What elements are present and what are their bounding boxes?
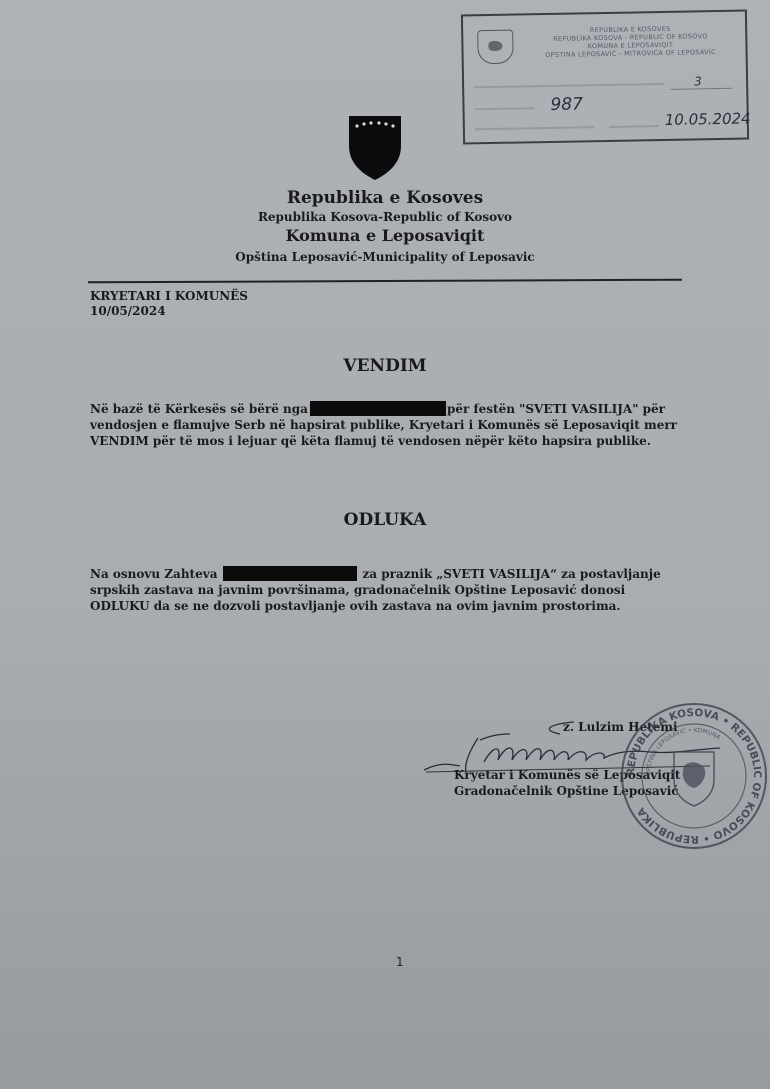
registration-stamp: REPUBLIKA E KOSOVES REPUBLIKA KOSOVA - R… (461, 10, 749, 145)
page-number: 1 (396, 955, 404, 969)
redaction-bar (223, 566, 357, 581)
section-title-odluka: ODLUKA (0, 510, 770, 530)
vendim-paragraph: Në bazë të Kërkesës së bërë ngapër festë… (90, 401, 700, 449)
header-republic-sr-en: Republika Kosova-Republic of Kosovo (0, 210, 770, 224)
odluka-paragraph: Na osnovu Zahtevaza praznik „SVETI VASIL… (90, 566, 700, 614)
kosovo-coat-of-arms-icon (345, 112, 405, 182)
document-date: 10/05/2024 (90, 304, 248, 319)
section-title-vendim: VENDIM (0, 356, 770, 376)
stamp-field-value: 10.05.2024 (665, 109, 751, 128)
header-divider (88, 279, 682, 283)
stamp-field-label (475, 126, 595, 130)
office-name: KRYETARI I KOMUNËS (90, 289, 248, 304)
header-municipality-sq: Komuna e Leposaviqit (0, 226, 770, 245)
stamp-field-label (609, 125, 659, 128)
stamp-field-date: 10.05.2024 (475, 118, 739, 137)
stamp-field-value: 987 (550, 94, 583, 115)
coat-of-arms-icon (477, 30, 514, 65)
stamp-header: REPUBLIKA E KOSOVES REPUBLIKA KOSOVA - R… (517, 24, 744, 60)
redaction-bar (310, 401, 446, 416)
stamp-field-attachments: 3 (474, 76, 738, 95)
municipal-seal-icon: REPUBLIKA KOSOVA • REPUBLIC OF KOSOVO • … (618, 700, 770, 852)
document-page: REPUBLIKA E KOSOVES REPUBLIKA KOSOVA - R… (0, 0, 770, 1089)
stamp-field-value: 3 (694, 74, 702, 88)
stamp-field-label (475, 107, 535, 110)
header-republic-sq: Republika e Kosoves (0, 188, 770, 208)
header-municipality-sr-en: Opština Leposavić-Municipality of Leposa… (0, 250, 770, 264)
stamp-field-label (474, 83, 664, 88)
issuing-office: KRYETARI I KOMUNËS 10/05/2024 (90, 289, 248, 319)
